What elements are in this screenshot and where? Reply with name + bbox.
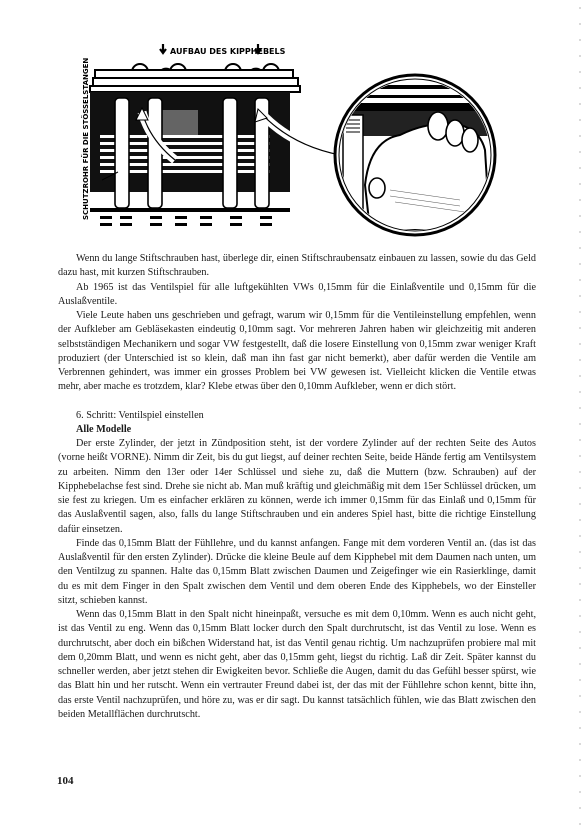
body-text: Wenn du lange Stiftschrauben hast, überl… — [58, 252, 536, 722]
side-label: SCHUTZROHR FÜR DIE STÖSSELSTANGEN — [81, 58, 90, 220]
engine-illustration: AUFBAU DES KIPPHEBELS — [60, 40, 550, 250]
cylinder-head-drawing: AUFBAU DES KIPPHEBELS — [60, 40, 550, 250]
paragraph-stud-kit: Wenn du lange Stiftschrauben hast, überl… — [58, 252, 536, 281]
section-subheading: Alle Modelle — [58, 423, 536, 437]
scan-edge-dots — [578, 0, 582, 831]
top-label: AUFBAU DES KIPPHEBELS — [170, 47, 286, 56]
paragraph-first-cylinder: Der erste Zylinder, der jetzt in Zündpos… — [58, 437, 536, 537]
paragraph-feeler-gauge: Finde das 0,15mm Blatt der Fühllehre, un… — [58, 537, 536, 608]
page-number: 104 — [57, 775, 74, 787]
paragraph-valve-clearance-1965: Ab 1965 ist das Ventilspiel für alle luf… — [58, 281, 536, 310]
paragraph-why-015: Viele Leute haben uns geschrieben und ge… — [58, 309, 536, 395]
section-heading: 6. Schritt: Ventilspiel einstellen — [58, 409, 536, 423]
paragraph-checking-fit: Wenn das 0,15mm Blatt in den Spalt nicht… — [58, 608, 536, 722]
